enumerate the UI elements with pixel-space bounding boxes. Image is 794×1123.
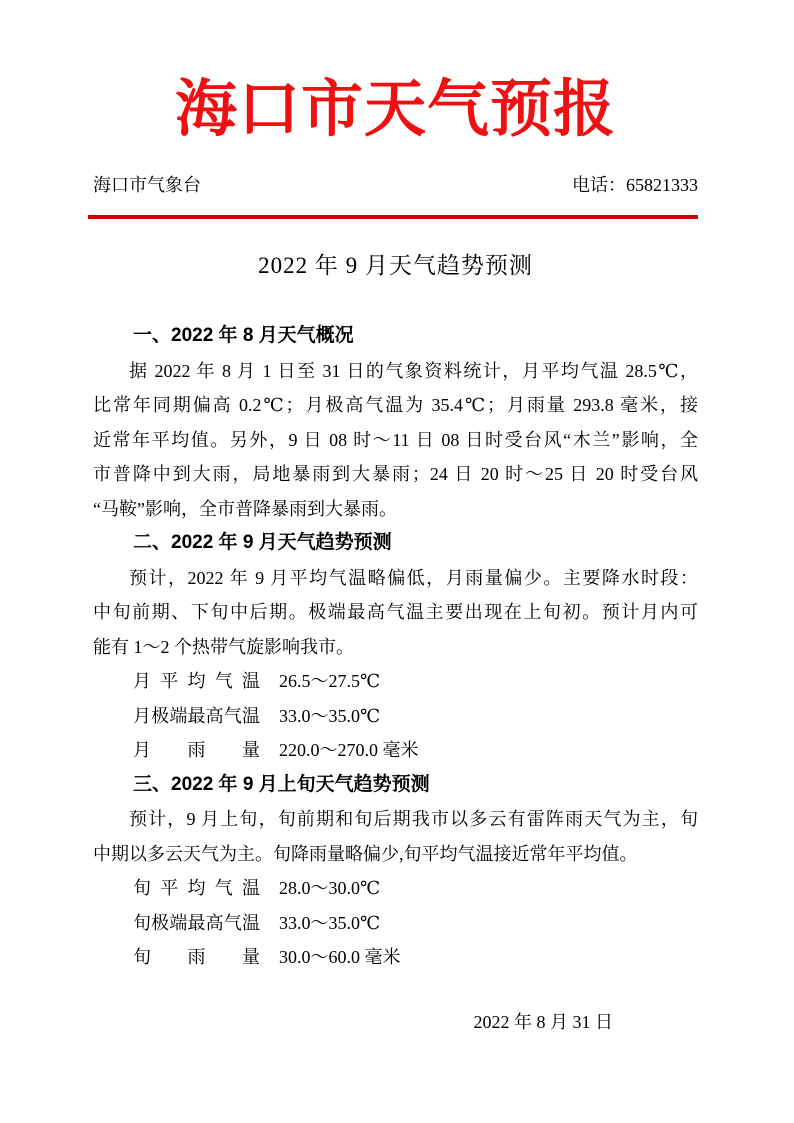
section-august-overview: 一、2022 年 8 月天气概况 据 2022 年 8 月 1 日至 31 日的… xyxy=(93,319,698,526)
stat-label: 月极端最高气温 xyxy=(133,699,260,734)
stat-row: 月雨量220.0～270.0 毫米 xyxy=(93,733,698,768)
paragraph-line: 中旬前期、下旬中后期。极端最高气温主要出现在上旬初。预计月内可 xyxy=(93,595,698,630)
section-september-forecast: 二、2022 年 9 月天气趋势预测 预计，2022 年 9 月平均气温略偏低，… xyxy=(93,526,698,768)
section-heading-3: 三、2022 年 9 月上旬天气趋势预测 xyxy=(93,768,698,803)
stat-row: 月极端最高气温33.0～35.0℃ xyxy=(93,699,698,734)
agency-name: 海口市气象台 xyxy=(93,173,201,197)
stats-september-month: 月平均气温26.5～27.5℃月极端最高气温33.0～35.0℃月雨量220.0… xyxy=(93,664,698,768)
stat-row: 旬极端最高气温33.0～35.0℃ xyxy=(93,906,698,941)
section-early-september-forecast: 三、2022 年 9 月上旬天气趋势预测 预计，9 月上旬，旬前期和旬后期我市以… xyxy=(93,768,698,975)
stat-row: 旬平均气温28.0～30.0℃ xyxy=(93,871,698,906)
paragraph-line: 能有 1～2 个热带气旋影响我市。 xyxy=(93,630,698,665)
paragraph-line: 市普降中到大雨，局地暴雨到大暴雨；24 日 20 时～25 日 20 时受台风 xyxy=(93,457,698,492)
stat-value: 220.0～270.0 毫米 xyxy=(279,740,419,760)
paragraph-early-september-forecast: 预计，9 月上旬，旬前期和旬后期我市以多云有雷阵雨天气为主，旬中期以多云天气为主… xyxy=(93,802,698,871)
document-title: 2022 年 9 月天气趋势预测 xyxy=(93,249,698,283)
stat-label: 月平均气温 xyxy=(133,664,260,699)
paragraph-august-overview: 据 2022 年 8 月 1 日至 31 日的气象资料统计，月平均气温 28.5… xyxy=(93,354,698,527)
stat-label: 旬极端最高气温 xyxy=(133,906,260,941)
paragraph-september-forecast: 预计，2022 年 9 月平均气温略偏低，月雨量偏少。主要降水时段：中旬前期、下… xyxy=(93,561,698,665)
stat-label: 旬平均气温 xyxy=(133,871,260,906)
paragraph-line: 近常年平均值。另外，9 日 08 时～11 日 08 日时受台风“木兰”影响，全 xyxy=(93,423,698,458)
paragraph-line: 预计，2022 年 9 月平均气温略偏低，月雨量偏少。主要降水时段： xyxy=(93,561,698,596)
stat-row: 月平均气温26.5～27.5℃ xyxy=(93,664,698,699)
document-page: 海口市天气预报 海口市气象台 电话：65821333 2022 年 9 月天气趋… xyxy=(0,0,794,1123)
section-heading-2: 二、2022 年 9 月天气趋势预测 xyxy=(93,526,698,561)
stat-value: 33.0～35.0℃ xyxy=(279,706,380,726)
stat-row: 旬雨量30.0～60.0 毫米 xyxy=(93,940,698,975)
stat-value: 33.0～35.0℃ xyxy=(279,913,380,933)
stats-early-september: 旬平均气温28.0～30.0℃旬极端最高气温33.0～35.0℃旬雨量30.0～… xyxy=(93,871,698,975)
issue-date: 2022 年 8 月 31 日 xyxy=(93,1005,698,1040)
paragraph-line: “马鞍”影响，全市普降暴雨到大暴雨。 xyxy=(93,492,698,527)
phone-number: 电话：65821333 xyxy=(572,173,698,197)
paragraph-line: 比常年同期偏高 0.2℃；月极高气温为 35.4℃；月雨量 293.8 毫米，接 xyxy=(93,388,698,423)
stat-value: 30.0～60.0 毫米 xyxy=(279,947,401,967)
red-divider-line xyxy=(88,215,698,219)
section-heading-1: 一、2022 年 8 月天气概况 xyxy=(93,319,698,354)
document-body: 一、2022 年 8 月天气概况 据 2022 年 8 月 1 日至 31 日的… xyxy=(93,319,698,1039)
paragraph-line: 中期以多云天气为主。旬降雨量略偏少,旬平均气温接近常年平均值。 xyxy=(93,837,698,872)
stat-value: 28.0～30.0℃ xyxy=(279,878,380,898)
paragraph-line: 据 2022 年 8 月 1 日至 31 日的气象资料统计，月平均气温 28.5… xyxy=(93,354,698,389)
paragraph-line: 预计，9 月上旬，旬前期和旬后期我市以多云有雷阵雨天气为主，旬 xyxy=(93,802,698,837)
stat-label: 月雨量 xyxy=(133,733,260,768)
header-info-row: 海口市气象台 电话：65821333 xyxy=(93,173,698,197)
stat-value: 26.5～27.5℃ xyxy=(279,671,380,691)
masthead-title: 海口市天气预报 xyxy=(93,0,698,145)
stat-label: 旬雨量 xyxy=(133,940,260,975)
